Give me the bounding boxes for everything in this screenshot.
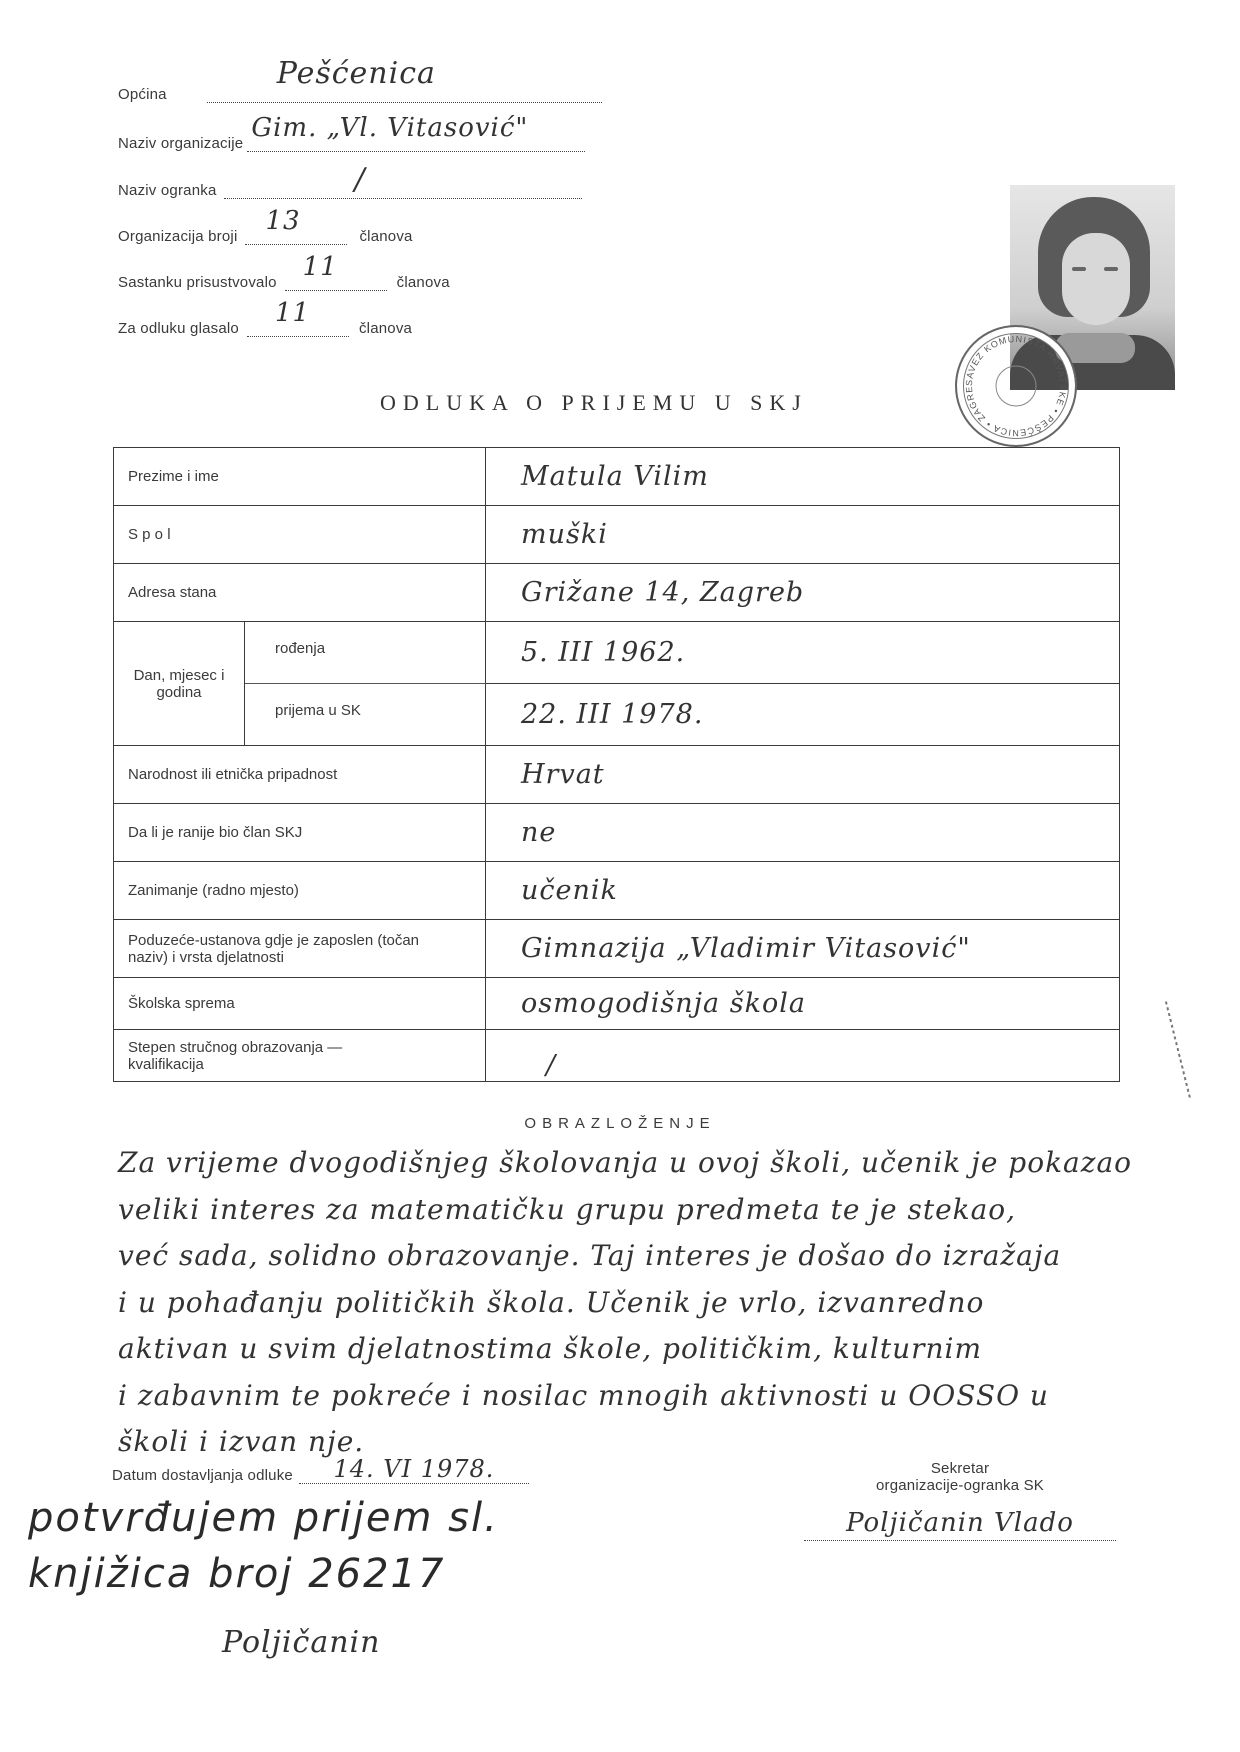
confirmation-note: potvrđujem prijem sl. knjižica broj 2621…: [28, 1490, 499, 1602]
value-previous-member: ne: [521, 817, 556, 848]
field-label: Općina: [118, 86, 167, 103]
secretary-subtitle: organizacije-ogranka SK: [800, 1477, 1120, 1494]
table-row: Stepen stručnog obrazovanja — kvalifikac…: [114, 1030, 1120, 1082]
table-row: Školska sprema osmogodišnja škola: [114, 978, 1120, 1030]
row-value: 5. III 1962.: [486, 622, 1120, 684]
row-value: /: [486, 1030, 1120, 1082]
value-occupation: učenik: [521, 875, 618, 906]
justification-title: OBRAZLOŽENJE: [0, 1115, 1240, 1132]
row-label: Prezime i ime: [114, 448, 486, 506]
table-row: prijema u SK 22. III 1978.: [114, 684, 1120, 746]
justification-line: i u pohađanju političkih škola. Učenik j…: [118, 1280, 1153, 1327]
row-label: Adresa stana: [114, 564, 486, 622]
date-group-label: Dan, mjesec i godina: [114, 622, 245, 746]
value-employer: Gimnazija „Vladimir Vitasović": [521, 933, 971, 964]
official-stamp: SAVEZ KOMUNISTA HRVATSKE • PEŠĆENICA • Z…: [955, 325, 1077, 447]
field-organization: Naziv organizacije Gim. „Vl. Vitasović": [118, 133, 585, 152]
label-text: Dan, mjesec i godina: [114, 667, 244, 701]
justification-line: već sada, solidno obrazovanje. Taj inter…: [118, 1233, 1153, 1280]
delivery-date-field: Datum dostavljanja odluke 14. VI 1978.: [112, 1455, 529, 1484]
field-attendance: Sastanku prisustvovalo 11 članova: [118, 272, 450, 291]
label-text: Adresa stana: [128, 584, 485, 601]
field-suffix: članova: [359, 228, 412, 245]
secretary-title: Sekretar: [800, 1460, 1120, 1477]
justification-text: Za vrijeme dvogodišnjeg školovanja u ovo…: [118, 1140, 1153, 1466]
row-label: Zanimanje (radno mjesto): [114, 862, 486, 920]
row-label: Stepen stručnog obrazovanja — kvalifikac…: [114, 1030, 486, 1082]
field-line: 11: [285, 272, 387, 291]
field-label: Sastanku prisustvovalo: [118, 274, 277, 291]
table-row: Poduzeće-ustanova gdje je zaposlen (toča…: [114, 920, 1120, 978]
field-label: Za odluku glasalo: [118, 320, 239, 337]
delivery-label: Datum dostavljanja odluke: [112, 1467, 293, 1484]
field-value-organization: Gim. „Vl. Vitasović": [251, 113, 528, 143]
row-value: Grižane 14, Zagreb: [486, 564, 1120, 622]
row-value: učenik: [486, 862, 1120, 920]
label-text: Školska sprema: [128, 995, 485, 1012]
row-label: Školska sprema: [114, 978, 486, 1030]
row-label: S p o l: [114, 506, 486, 564]
field-opcina: Općina Pešćenica: [118, 84, 602, 103]
label-text: rođenja: [275, 640, 485, 657]
table-row: Prezime i ime Matula Vilim: [114, 448, 1120, 506]
value-nationality: Hrvat: [521, 759, 605, 790]
field-value-opcina: Pešćenica: [277, 56, 436, 91]
justification-line: aktivan u svim djelatnostima škole, poli…: [118, 1326, 1153, 1373]
field-line: Pešćenica: [207, 84, 602, 103]
value-address: Grižane 14, Zagreb: [521, 577, 804, 608]
field-value-attendance: 11: [303, 252, 338, 282]
row-label: prijema u SK: [245, 684, 486, 746]
field-member-count: Organizacija broji 13 članova: [118, 226, 413, 245]
label-text: prijema u SK: [275, 702, 485, 719]
table-row: S p o l muški: [114, 506, 1120, 564]
field-branch: Naziv ogranka /: [118, 180, 582, 199]
field-suffix: članova: [359, 320, 412, 337]
value-education: osmogodišnja škola: [521, 988, 806, 1019]
photo-face: [1062, 233, 1130, 325]
member-data-table: Prezime i ime Matula Vilim S p o l muški…: [113, 447, 1120, 1082]
bottom-signature: Poljičanin: [222, 1625, 380, 1660]
field-value-branch: /: [354, 162, 365, 197]
table-row: Da li je ranije bio član SKJ ne: [114, 804, 1120, 862]
row-value: ne: [486, 804, 1120, 862]
justification-line: veliki interes za matematičku grupu pred…: [118, 1187, 1153, 1234]
document-title: ODLUKA O PRIJEMU U SKJ: [380, 390, 808, 416]
row-label: Poduzeće-ustanova gdje je zaposlen (toča…: [114, 920, 486, 978]
field-votes: Za odluku glasalo 11 članova: [118, 318, 412, 337]
label-text: Da li je ranije bio član SKJ: [128, 824, 485, 841]
table-row: Zanimanje (radno mjesto) učenik: [114, 862, 1120, 920]
secretary-signature: Poljičanin Vlado: [800, 1508, 1120, 1538]
table-row: Dan, mjesec i godina rođenja 5. III 1962…: [114, 622, 1120, 684]
row-value: Matula Vilim: [486, 448, 1120, 506]
svg-text:SAVEZ KOMUNISTA HRVATSKE • PEŠ: SAVEZ KOMUNISTA HRVATSKE • PEŠĆENICA • Z…: [957, 327, 1068, 438]
field-label: Organizacija broji: [118, 228, 237, 245]
row-label: rođenja: [245, 622, 486, 684]
value-name: Matula Vilim: [521, 461, 709, 492]
row-label: Da li je ranije bio član SKJ: [114, 804, 486, 862]
field-line: Gim. „Vl. Vitasović": [247, 133, 585, 152]
margin-pencil-mark: [1165, 1001, 1191, 1099]
row-value: 22. III 1978.: [486, 684, 1120, 746]
table-row: Narodnost ili etnička pripadnost Hrvat: [114, 746, 1120, 804]
table-row: Adresa stana Grižane 14, Zagreb: [114, 564, 1120, 622]
label-text: Narodnost ili etnička pripadnost: [128, 766, 485, 783]
field-line: 13: [245, 226, 347, 245]
justification-line: Za vrijeme dvogodišnjeg školovanja u ovo…: [118, 1140, 1153, 1187]
stamp-text: SAVEZ KOMUNISTA HRVATSKE • PEŠĆENICA • Z…: [957, 327, 1068, 438]
row-value: osmogodišnja škola: [486, 978, 1120, 1030]
confirmation-line: potvrđujem prijem sl.: [28, 1490, 499, 1546]
row-label: Narodnost ili etnička pripadnost: [114, 746, 486, 804]
row-value: Gimnazija „Vladimir Vitasović": [486, 920, 1120, 978]
field-label: Naziv ogranka: [118, 182, 216, 199]
justification-line: i zabavnim te pokreće i nosilac mnogih a…: [118, 1373, 1153, 1420]
field-value-member-count: 13: [265, 206, 300, 236]
photo-eye: [1104, 267, 1118, 271]
value-birth-date: 5. III 1962.: [521, 637, 685, 668]
secretary-block: Sekretar organizacije-ogranka SK Poljiča…: [800, 1460, 1120, 1541]
delivery-value: 14. VI 1978.: [299, 1455, 529, 1484]
label-text: Zanimanje (radno mjesto): [128, 882, 485, 899]
label-text: Poduzeće-ustanova gdje je zaposlen (toča…: [128, 932, 428, 966]
field-line: 11: [247, 318, 349, 337]
signature-line: [804, 1540, 1116, 1541]
photo-eye: [1072, 267, 1086, 271]
label-text: Prezime i ime: [128, 468, 485, 485]
confirmation-line: knjižica broj 26217: [28, 1546, 499, 1602]
field-suffix: članova: [397, 274, 450, 291]
field-value-votes: 11: [275, 298, 310, 328]
value-sex: muški: [521, 519, 608, 550]
row-value: Hrvat: [486, 746, 1120, 804]
label-text: S p o l: [128, 526, 485, 543]
field-line: /: [224, 180, 582, 199]
label-text: Stepen stručnog obrazovanja — kvalifikac…: [128, 1039, 358, 1073]
value-admission-date: 22. III 1978.: [521, 699, 703, 730]
value-qualification: /: [546, 1050, 556, 1081]
stamp-icon: SAVEZ KOMUNISTA HRVATSKE • PEŠĆENICA • Z…: [957, 327, 1075, 445]
row-value: muški: [486, 506, 1120, 564]
field-label: Naziv organizacije: [118, 135, 243, 152]
